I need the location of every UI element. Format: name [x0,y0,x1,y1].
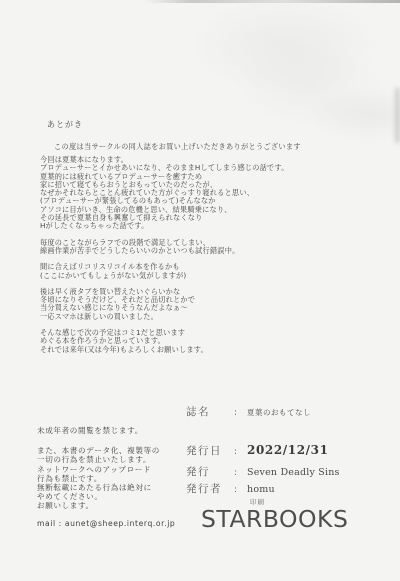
colophon-separator: : [234,468,247,478]
colophon-row-title: 誌名 : 夏葉のおもてなし [186,404,311,419]
colophon-row-date: 発行日 : 2022/12/31 [186,443,329,458]
afterword-line: (ここにかいてもしょうがない気がしますが) [40,272,375,280]
afterword-heading: あとがき [47,119,83,130]
colophon-row-publisher: 発行者 : homu [186,481,275,496]
afterword-line: 線画作業が苦手でどうしたらいいのかといつも試行錯誤中。 [40,247,375,255]
afterword-line: 一応スマホは新しいの買いました。 [40,313,375,321]
colophon-label: 誌名 [186,404,234,419]
legal-line: ネットワークへのアップロード [37,465,175,474]
publisher-name: homu [247,484,275,495]
doujinshi-afterword-page: あとがき この度は当サークルの同人誌をお買い上げいただきありがとうございます 今… [0,0,400,581]
legal-line: やめてください。 [37,492,175,501]
book-title: 夏葉のおもてなし [247,407,311,418]
afterword-paragraph: 後は早く液タブを買い替えたいぐらいかな 冬頃になりそうだけど、それだと品切れとか… [40,288,375,321]
afterword-line: それでは来年(又は今年)もよろしくお願いします。 [40,346,375,354]
circle-name: Seven Deadly Sins [247,467,340,478]
colophon-label: 発行日 [186,443,234,458]
scan-smudge-artifact [395,88,400,143]
colophon-row-circle: 発行 : Seven Deadly Sins [186,464,340,479]
legal-line: 一切の行為を禁止いたします。 [37,455,175,464]
colophon-label: 発行者 [186,481,234,496]
afterword-intro-line: この度は当サークルの同人誌をお買い上げいただきありがとうございます [40,142,301,152]
afterword-paragraph: そんな感じで次の予定はコミ1だと思います めぐる本を作ろうかと思っています。 そ… [40,329,375,354]
afterword-line: Hがしたくなっちゃった話です。 [40,222,375,230]
afterword-body: 今回は夏葉本になります。 プロデューサーとイかせあいになり、そのままHしてしまう… [40,156,375,362]
legal-line: 行為も禁止です。 [37,474,175,483]
copyright-notice: また、本書のデータ化、複製等の 一切の行為を禁止いたします。 ネットワークへのア… [37,446,175,510]
publication-date: 2022/12/31 [247,443,329,457]
scan-edge-artifact [145,0,400,3]
age-restriction-notice: 未成年者の閲覧を禁じます。 [37,426,175,435]
afterword-paragraph: 間に合えばリコリスリコイル本を作るかも (ここにかいてもしょうがない気がしますが… [40,263,375,280]
legal-notice-block: 未成年者の閲覧を禁じます。 また、本書のデータ化、複製等の 一切の行為を禁止いた… [37,426,175,528]
contact-mail: mail : aunet@sheep.interq.or.jp [37,519,175,528]
printer-name: STARBOOKS [201,505,348,533]
legal-line: 無断転載にあたる行為は絶対に [37,483,175,492]
colophon-label: 発行 [186,464,234,479]
colophon-separator: : [234,447,247,457]
colophon-separator: : [234,408,247,418]
legal-line: お願いします。 [37,501,175,510]
colophon-separator: : [234,485,247,495]
afterword-paragraph: 今回は夏葉本になります。 プロデューサーとイかせあいになり、そのままHしてしまう… [40,156,375,231]
afterword-paragraph: 毎度のことながらラフでの段階で満足してしまい、 線画作業が苦手でどうしたらいいの… [40,239,375,256]
